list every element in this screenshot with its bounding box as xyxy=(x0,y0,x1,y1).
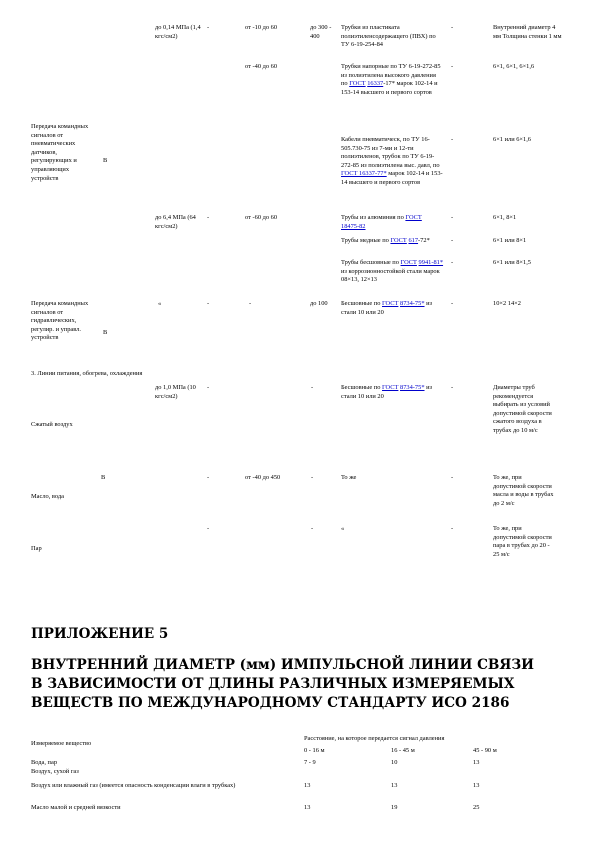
size-cell: 6×1, 6×1, 6×1,6 xyxy=(493,63,534,72)
dash-cell: - xyxy=(207,300,209,309)
gost-link[interactable]: ГОСТ xyxy=(349,80,365,87)
tube-text: из коррозионностойкой стали марок 08×13,… xyxy=(341,268,440,284)
gost-link[interactable]: 8734-75* xyxy=(400,300,425,307)
row-label: Воздух, сухой газ xyxy=(31,768,79,776)
size-cell: 6×1 или 8×1,5 xyxy=(493,259,531,268)
pressure-cell: до 1,0 МПа (10 кгс/см2) xyxy=(155,384,201,401)
dash-cell: - xyxy=(451,300,453,309)
dash-cell: - xyxy=(451,136,453,145)
tube-cell: Трубы бесшовные по ГОСТ 9941-81* из корр… xyxy=(341,259,449,285)
pressure-cell: до 6,4 МПа (64 кгс/см2) xyxy=(155,214,201,231)
tube-text: Трубы из алюминия по xyxy=(341,214,405,221)
dash-cell: - xyxy=(207,214,209,223)
tube-cell: Трубки напорные по ТУ 6-19-272-85 из пол… xyxy=(341,63,441,97)
dash-cell: - xyxy=(311,474,313,483)
size-cell: 6×1 или 8×1 xyxy=(493,237,526,246)
column-header: 45 - 90 м xyxy=(473,747,497,755)
dash-cell: - xyxy=(207,525,209,534)
section-heading: 3. Линии питания, обогрева, охлаждения xyxy=(31,370,142,379)
column-header: 16 - 45 м xyxy=(391,747,415,755)
class-mark: В xyxy=(101,474,105,483)
dash-cell: - xyxy=(451,525,453,534)
cell: 10 xyxy=(391,759,397,767)
class-mark: В xyxy=(103,157,107,166)
group-label: Передача командных сигналов от гидравлич… xyxy=(31,300,93,343)
group-label: Передача командных сигналов от пневматич… xyxy=(31,123,97,183)
tube-text: -72* xyxy=(418,237,430,244)
temp-cell: - xyxy=(249,300,251,309)
appendix-title: ПРИЛОЖЕНИЕ 5 xyxy=(31,626,168,642)
temp-cell: от -40 до 60 xyxy=(245,63,277,72)
dash-cell: - xyxy=(451,24,453,33)
dash-cell: - xyxy=(451,214,453,223)
cell: 7 - 9 xyxy=(304,759,316,767)
tube-cell: Бесшовные по ГОСТ 8734-75* из стали 10 и… xyxy=(341,384,441,401)
size-cell: Диаметры труб рекомендуется выбирать из … xyxy=(493,384,555,436)
gost-link[interactable]: ГОСТ xyxy=(390,237,406,244)
dash-cell: - xyxy=(451,237,453,246)
size-cell: 6×1, 8×1 xyxy=(493,214,516,223)
cell: 13 xyxy=(304,782,310,790)
medium-label: Пар xyxy=(31,545,42,554)
gost-link[interactable]: ГОСТ xyxy=(401,259,417,266)
tube-text: Бесшовные по xyxy=(341,384,382,391)
gost-link[interactable]: ГОСТ 16337-77* xyxy=(341,170,387,177)
length-cell: до 100 xyxy=(310,300,328,309)
class-mark: В xyxy=(103,329,107,338)
cell: 13 xyxy=(304,804,310,812)
column-group-header: Расстояние, на которое передается сигнал… xyxy=(304,735,444,743)
dash-cell: - xyxy=(207,474,209,483)
gost-link[interactable]: 16337 xyxy=(367,80,383,87)
dash-cell: - xyxy=(207,384,209,393)
appendix-heading: ВНУТРЕННИЙ ДИАМЕТР (мм) ИМПУЛЬСНОЙ ЛИНИИ… xyxy=(31,656,591,713)
medium-label: Сжатый воздух xyxy=(31,421,73,430)
dash-cell: - xyxy=(311,384,313,393)
tube-text: Бесшовные по xyxy=(341,300,382,307)
tube-text: Кабели пневматическ, по ТУ 16-505.730-75… xyxy=(341,136,440,169)
column-header: 0 - 16 м xyxy=(304,747,325,755)
tube-cell: Кабели пневматическ, по ТУ 16-505.730-75… xyxy=(341,136,445,188)
gost-link[interactable]: 8734-75* xyxy=(400,384,425,391)
medium-label: Масло, вода xyxy=(31,493,64,502)
size-cell: То же, при допустимой скорости масла и в… xyxy=(493,474,555,508)
dash-cell: - xyxy=(311,525,313,534)
dash-cell: - xyxy=(451,474,453,483)
row-label: Воздух или влажный газ (имеется опасност… xyxy=(31,782,271,790)
gost-link[interactable]: 9941-81* xyxy=(419,259,444,266)
tube-cell: « xyxy=(341,525,344,534)
pressure-cell: до 0,14 МПа (1,4 кгс/см2) xyxy=(155,24,205,41)
tube-cell: Трубки из пластиката полиэтиленсодержаще… xyxy=(341,24,439,50)
size-cell: 6×1 или 6×1,6 xyxy=(493,136,531,145)
tube-cell: Трубы из алюминия по ГОСТ 18475-82 xyxy=(341,214,441,231)
row-label: Масло малой и средней вязкости xyxy=(31,804,121,812)
tube-cell: То же xyxy=(341,474,356,483)
cell: 13 xyxy=(473,759,479,767)
gost-link[interactable]: ГОСТ xyxy=(382,300,398,307)
temp-cell: от -40 до 450 xyxy=(245,474,280,483)
row-label: Вода, пар xyxy=(31,759,57,767)
tube-text: Трубы бесшовные по xyxy=(341,259,401,266)
gost-link[interactable]: ГОСТ xyxy=(382,384,398,391)
heading-line: В ЗАВИСИМОСТИ ОТ ДЛИНЫ РАЗЛИЧНЫХ ИЗМЕРЯЕ… xyxy=(31,675,591,694)
dash-cell: - xyxy=(451,63,453,72)
cell: 25 xyxy=(473,804,479,812)
tube-cell: Трубы медные по ГОСТ 617-72* xyxy=(341,237,441,246)
pressure-cell: « xyxy=(158,300,161,309)
size-cell: 10×2 14×2 xyxy=(493,300,523,309)
cell: 19 xyxy=(391,804,397,812)
column-header: Измеряемое вещество xyxy=(31,740,91,748)
cell: 13 xyxy=(473,782,479,790)
size-cell: То же, при допустимой скорости пара в тр… xyxy=(493,525,555,559)
gost-link[interactable]: 617 xyxy=(408,237,418,244)
heading-line: ВНУТРЕННИЙ ДИАМЕТР (мм) ИМПУЛЬСНОЙ ЛИНИИ… xyxy=(31,656,591,675)
dash-cell: - xyxy=(451,384,453,393)
dash-cell: - xyxy=(451,259,453,268)
length-cell: до 300 - 400 xyxy=(310,24,336,41)
temp-cell: от -10 до 60 xyxy=(245,24,277,33)
dash-cell: - xyxy=(207,24,209,33)
heading-line: ВЕЩЕСТВ ПО МЕЖДУНАРОДНОМУ СТАНДАРТУ ИСО … xyxy=(31,694,591,713)
cell: 13 xyxy=(391,782,397,790)
tube-text: Трубы медные по xyxy=(341,237,390,244)
temp-cell: от -60 до 60 xyxy=(245,214,277,223)
tube-cell: Бесшовные по ГОСТ 8734-75* из стали 10 и… xyxy=(341,300,441,317)
size-cell: Внутренний диаметр 4 мм Толщина стенки 1… xyxy=(493,24,563,41)
